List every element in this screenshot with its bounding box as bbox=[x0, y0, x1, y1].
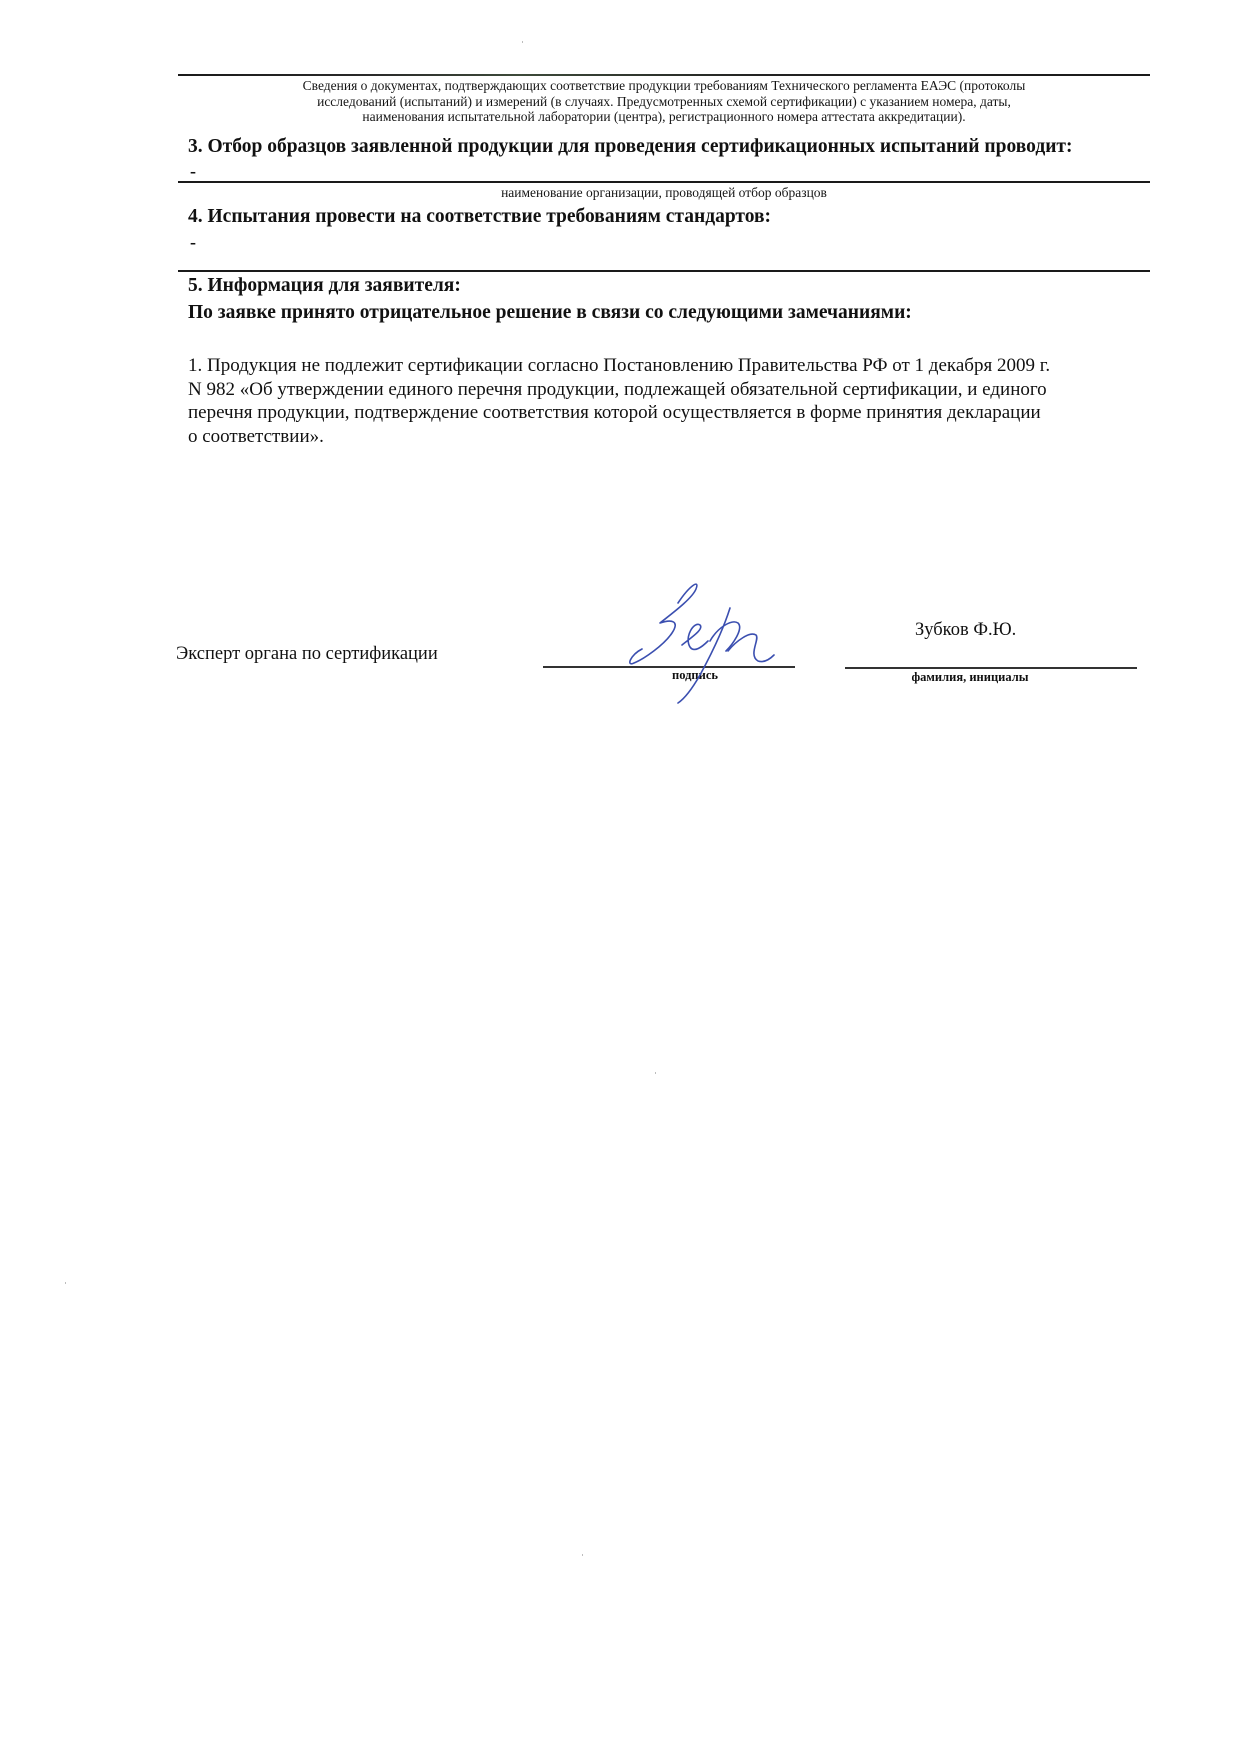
scan-speck bbox=[522, 41, 523, 43]
caption-line: Сведения о документах, подтверждающих со… bbox=[178, 78, 1150, 94]
decision-text: По заявке принято отрицательное решение … bbox=[188, 302, 912, 324]
section3-value: - bbox=[190, 162, 196, 180]
section2-caption: Сведения о документах, подтверждающих со… bbox=[178, 78, 1150, 125]
scan-speck bbox=[582, 1554, 583, 1556]
name-line bbox=[845, 667, 1137, 669]
section3-heading: 3. Отбор образцов заявленной продукции д… bbox=[188, 136, 1073, 158]
scan-speck bbox=[655, 1072, 656, 1074]
remark-line: N 982 «Об утверждении единого перечня пр… bbox=[188, 378, 1050, 402]
remark-line: о соответствии». bbox=[188, 425, 1050, 449]
scan-speck bbox=[65, 1282, 66, 1284]
section5-heading: 5. Информация для заявителя: bbox=[188, 275, 461, 297]
caption-line: наименования испытательной лаборатории (… bbox=[178, 109, 1150, 125]
remark-line: перечня продукции, подтверждение соответ… bbox=[188, 401, 1050, 425]
section4-divider bbox=[178, 270, 1150, 272]
name-caption: фамилия, инициалы bbox=[880, 670, 1060, 685]
remark-paragraph: 1. Продукция не подлежит сертификации со… bbox=[188, 354, 1050, 448]
section3-divider bbox=[178, 181, 1150, 183]
expert-name: Зубков Ф.Ю. bbox=[915, 620, 1016, 640]
caption-line: исследований (испытаний) и измерений (в … bbox=[178, 94, 1150, 110]
section4-heading: 4. Испытания провести на соответствие тр… bbox=[188, 206, 771, 228]
handwritten-signature bbox=[600, 575, 800, 705]
top-divider bbox=[178, 74, 1150, 76]
remark-line: 1. Продукция не подлежит сертификации со… bbox=[188, 354, 1050, 378]
expert-role-label: Эксперт органа по сертификации bbox=[176, 644, 438, 664]
section4-value: - bbox=[190, 233, 196, 251]
section3-caption: наименование организации, проводящей отб… bbox=[178, 185, 1150, 201]
